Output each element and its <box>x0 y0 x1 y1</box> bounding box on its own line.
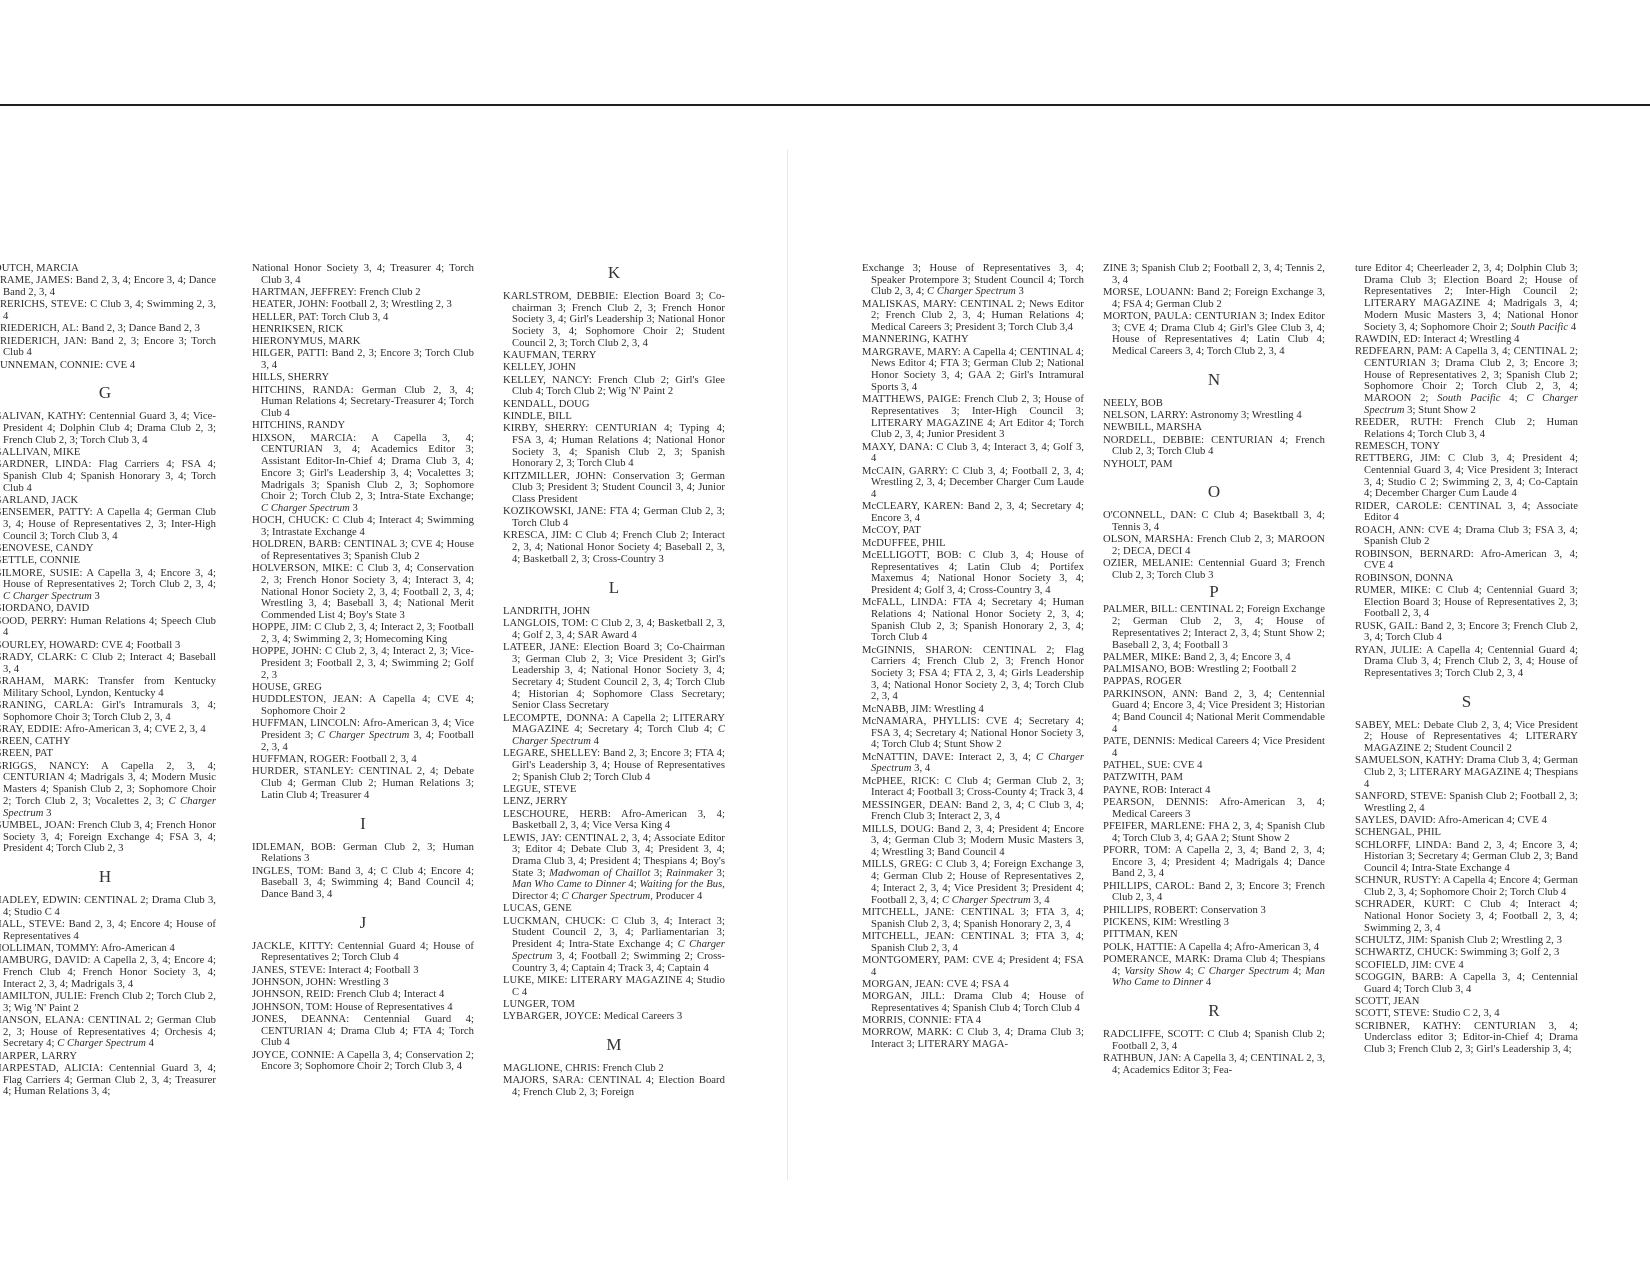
student-name: HILLS, SHERRY <box>252 372 329 383</box>
student-entry: HURDER, STANLEY: CENTINAL 2, 4; Debate C… <box>252 766 474 801</box>
student-entry: SCRIBNER, KATHY: CENTURIAN 3, 4; Undercl… <box>1355 1021 1578 1056</box>
activity-title-italic: C Charger Spectrum <box>261 503 350 514</box>
student-name: HARPER, LARRY <box>0 1051 77 1062</box>
student-name: LANGLOIS, TOM <box>503 618 585 629</box>
student-entry: SCHULTZ, JIM: Spanish Club 2; Wrestling … <box>1355 935 1578 947</box>
student-entry: PFORR, TOM: A Capella 2, 3, 4; Band 2, 3… <box>1103 845 1325 880</box>
student-entry: HARPER, LARRY <box>0 1051 216 1063</box>
student-entry: GRIGGS, NANCY: A Capella 2, 3, 4; CENTUR… <box>0 761 216 820</box>
activity-list: Interact 2, 3, 4; <box>959 752 1036 763</box>
activity-list: 3 <box>350 503 358 514</box>
student-entry: HITCHINS, RANDA: German Club 2, 3, 4; Hu… <box>252 385 474 420</box>
student-entry: MORGAN, JEAN: CVE 4; FSA 4 <box>862 979 1084 991</box>
student-name: HOPPE, JOHN <box>252 646 319 657</box>
student-name: JONES, DEANNA <box>252 1014 346 1025</box>
student-entry: OUTCH, MARCIA <box>0 263 216 275</box>
student-name: JOHNSON, JOHN <box>252 977 333 988</box>
student-entry: NYHOLT, PAM <box>1103 459 1325 471</box>
activity-list: 3; <box>650 868 666 879</box>
student-name: O'CONNELL, DAN <box>1103 510 1193 521</box>
student-name: MANNERING, KATHY <box>862 334 969 345</box>
student-entry: JANES, STEVE: Interact 4; Football 3 <box>252 965 474 977</box>
student-entry: LUCKMAN, CHUCK: C Club 3, 4; Interact 3;… <box>503 916 725 975</box>
student-name: HOUSE, GREG <box>252 682 322 693</box>
student-name: GILMORE, SUSIE <box>0 568 79 579</box>
student-entry: MORSE, LOUANN: Band 2; Foreign Exchange … <box>1103 287 1325 310</box>
page-top-rule <box>0 104 1650 106</box>
activity-list: Astronomy 3; Wrestling 4 <box>1190 410 1302 421</box>
student-name: IDLEMAN, BOB <box>252 842 333 853</box>
student-name: HADLEY, EDWIN <box>0 895 78 906</box>
student-name: JOYCE, CONNIE <box>252 1050 331 1061</box>
student-entry: POLK, HATTIE: A Capella 4; Afro-American… <box>1103 942 1325 954</box>
student-entry: GREEN, PAT <box>0 748 216 760</box>
student-name: SCHRADER, KURT <box>1355 899 1452 910</box>
student-entry: MALISKAS, MARY: CENTINAL 2; News Editor … <box>862 299 1084 334</box>
student-entry: GRANING, CARLA: Girl's Intramurals 3, 4;… <box>0 700 216 723</box>
student-entry: KOZIKOWSKI, JANE: FTA 4; German Club 2, … <box>503 506 725 529</box>
student-entry: LESCHOURE, HERB: Afro-American 3, 4; Bas… <box>503 809 725 832</box>
activity-title-italic: Man Who Came to Dinner <box>512 879 626 890</box>
section-letter-heading: I <box>252 814 474 834</box>
student-name: PEARSON, DENNIS <box>1103 797 1205 808</box>
student-entry: REDFEARN, PAM: A Capella 3, 4; CENTINAL … <box>1355 346 1578 416</box>
student-name: HEATER, JOHN <box>252 299 326 310</box>
activity-list: CVE 4 <box>1173 760 1202 771</box>
student-name: JACKLE, KITTY <box>252 941 330 952</box>
student-name: McPHEE, RICK <box>862 776 936 787</box>
student-name: McCOY, PAT <box>862 525 921 536</box>
activity-list: Spanish Club 2; Wrestling 2, 3 <box>1430 935 1562 946</box>
student-entry: KINDLE, BILL <box>503 411 725 423</box>
student-name: SAMUELSON, KATHY <box>1355 755 1461 766</box>
student-name: HARPESTAD, ALICIA <box>0 1063 100 1074</box>
student-entry: HILLS, SHERRY <box>252 372 474 384</box>
student-name: McGINNIS, SHARON <box>862 645 969 656</box>
student-name: PFEIFER, MARLENE <box>1103 821 1202 832</box>
student-entry: McNABB, JIM: Wrestling 4 <box>862 704 1084 716</box>
activity-list: A Capella 4; Afro-American 3, 4 <box>1179 942 1319 953</box>
activity-list: Football 2, 3, 4 <box>351 754 416 765</box>
student-name: MAJORS, SARA <box>503 1075 581 1086</box>
student-name: McELLIGOTT, BOB <box>862 550 959 561</box>
student-name: GALIVAN, KATHY <box>0 411 83 422</box>
student-entry: GOOD, PERRY: Human Relations 4; Speech C… <box>0 616 216 639</box>
activity-list: Band 2, 3; Dance Band 2, 3 <box>82 323 200 334</box>
student-name: PHILLIPS, ROBERT <box>1103 905 1195 916</box>
student-name: HIXSON, MARCIA <box>252 433 353 444</box>
student-entry: OZIER, MELANIE: Centennial Guard 3; Fren… <box>1103 558 1325 581</box>
student-entry: HUFFMAN, ROGER: Football 2, 3, 4 <box>252 754 474 766</box>
student-name: SAYLES, DAVID <box>1355 815 1433 826</box>
student-name: McNAMARA, PHYLLIS <box>862 716 977 727</box>
student-name: GRADY, CLARK <box>0 652 74 663</box>
student-name: HALL, STEVE <box>0 919 62 930</box>
section-letter-heading: K <box>503 263 725 283</box>
student-name: HUFFMAN, ROGER <box>252 754 346 765</box>
student-name: REEDER, RUTH <box>1355 417 1440 428</box>
activity-list: Medical Careers 3 <box>604 1011 683 1022</box>
student-name: GRIGGS, NANCY <box>0 761 86 772</box>
student-name: FRAME, JAMES <box>0 275 70 286</box>
student-entry: HILGER, PATTI: Band 2, 3; Encore 3; Torc… <box>252 348 474 371</box>
student-name: HOPPE, JIM <box>252 622 309 633</box>
student-name: HOCH, CHUCK <box>252 515 326 526</box>
student-entry: HOLLIMAN, TOMMY: Afro-American 4 <box>0 943 216 955</box>
activity-list: 3 <box>43 808 51 819</box>
activity-list: 3 <box>1016 286 1024 297</box>
student-entry: PEARSON, DENNIS: Afro-American 3, 4; Med… <box>1103 797 1325 820</box>
left-page-edge-clip: OUTCH, MARCIAFRAME, JAMES: Band 2, 3, 4;… <box>0 0 240 1275</box>
activity-list: FTA 4 <box>954 1015 981 1026</box>
student-name: HITCHINS, RANDA <box>252 385 351 396</box>
student-name: JOHNSON, REID <box>252 989 331 1000</box>
student-entry: RUSK, GAIL: Band 2, 3; Encore 3; French … <box>1355 621 1578 644</box>
activity-list: French Club 4; Interact 4 <box>337 989 445 1000</box>
activity-list: ZINE 3; Spanish Club 2; Football 2, 3, 4… <box>1103 263 1325 286</box>
student-entry: McGINNIS, SHARON: CENTINAL 2; Flag Carri… <box>862 645 1084 704</box>
student-name: NORDELL, DEBBIE <box>1103 435 1201 446</box>
student-entry: O'CONNELL, DAN: C Club 4; Basektball 3, … <box>1103 510 1325 533</box>
student-entry: LANDRITH, JOHN <box>503 606 725 618</box>
student-entry: PALMER, MIKE: Band 2, 3, 4; Encore 3, 4 <box>1103 652 1325 664</box>
student-entry: McCAIN, GARRY: C Club 3, 4; Football 2, … <box>862 466 1084 501</box>
activity-title-italic: Varsity Show <box>1124 966 1181 977</box>
student-name: MALISKAS, MARY <box>862 299 953 310</box>
student-name: MITCHELL, JANE <box>862 907 951 918</box>
student-entry: PAPPAS, ROGER <box>1103 676 1325 688</box>
student-entry: FRIEDERICH, JAN: Band 2, 3; Encore 3; To… <box>0 336 216 359</box>
activity-list: 3; Stunt Show 2 <box>1404 405 1475 416</box>
student-name: PATZWITH, PAM <box>1103 772 1183 783</box>
student-entry: KITZMILLER, JOHN: Conservation 3; German… <box>503 471 725 506</box>
student-entry: HAMBURG, DAVID: A Capella 2, 3, 4; Encor… <box>0 955 216 990</box>
activity-title-italic: Waiting for the Bus, <box>640 879 726 890</box>
student-name: GALLIVAN, MIKE <box>0 447 80 458</box>
student-entry: FRERICHS, STEVE: C Club 3, 4; Swimming 2… <box>0 299 216 322</box>
student-entry: INGLES, TOM: Band 3, 4; C Club 4; Encore… <box>252 866 474 901</box>
student-name: KOZIKOWSKI, JANE <box>503 506 603 517</box>
section-letter-heading: N <box>1103 370 1325 390</box>
activity-list: Band 2, 3, 4; Encore 3, 4 <box>1184 652 1291 663</box>
activity-list: Interact 4 <box>1170 785 1211 796</box>
student-entry: MATTHEWS, PAIGE: French Club 2, 3; House… <box>862 394 1084 441</box>
activity-list: Wrestling 3 <box>339 977 389 988</box>
student-name: GRANING, CARLA <box>0 700 90 711</box>
student-name: GRAY, EDDIE <box>0 724 59 735</box>
student-name: SCHLORFF, LINDA <box>1355 840 1449 851</box>
student-entry: SCOGGIN, BARB: A Capella 3, 4; Centennia… <box>1355 972 1578 995</box>
student-name: POLK, HATTIE <box>1103 942 1174 953</box>
student-entry: MILLS, DOUG: Band 2, 3, 4; President 4; … <box>862 824 1084 859</box>
student-entry: HELLER, PAT: Torch Club 3, 4 <box>252 312 474 324</box>
activity-title-italic: C Charger Spectrum <box>1198 966 1289 977</box>
student-entry: FUNNEMAN, CONNIE: CVE 4 <box>0 360 216 372</box>
student-entry: LEGUE, STEVE <box>503 784 725 796</box>
student-entry: GRAHAM, MARK: Transfer from Kentucky Mil… <box>0 676 216 699</box>
student-entry: HADLEY, EDWIN: CENTINAL 2; Drama Club 3,… <box>0 895 216 918</box>
student-entry: RUMER, MIKE: C Club 4; Centennial Guard … <box>1355 585 1578 620</box>
student-name: ROACH, ANN <box>1355 525 1421 536</box>
student-name: OLSON, MARSHA <box>1103 534 1190 545</box>
student-entry: JACKLE, KITTY: Centennial Guard 4; House… <box>252 941 474 964</box>
student-entry: GALIVAN, KATHY: Centennial Guard 3, 4; V… <box>0 411 216 446</box>
activity-list: 4; <box>626 879 640 890</box>
student-entry: MONTGOMERY, PAM: CVE 4; President 4; FSA… <box>862 955 1084 978</box>
student-name: RUSK, GAIL <box>1355 621 1415 632</box>
student-entry: McNATTIN, DAVE: Interact 2, 3, 4; C Char… <box>862 752 1084 775</box>
student-entry: JOHNSON, TOM: House of Representatives 4 <box>252 1002 474 1014</box>
student-name: SCHNUR, RUSTY <box>1355 875 1438 886</box>
student-entry: MAJORS, SARA: CENTINAL 4; Election Board… <box>503 1075 725 1098</box>
column-1: OUTCH, MARCIAFRAME, JAMES: Band 2, 3, 4;… <box>0 263 216 1099</box>
student-entry: McCLEARY, KAREN: Band 2, 3, 4; Secretary… <box>862 501 1084 524</box>
student-name: HUDDLESTON, JEAN <box>252 694 359 705</box>
student-entry: MORROW, MARK: C Club 3, 4; Drama Club 3;… <box>862 1027 1084 1050</box>
column-5: ZINE 3; Spanish Club 2; Football 2, 3, 4… <box>1103 263 1325 1077</box>
student-name: PITTMAN, KEN <box>1103 929 1178 940</box>
student-entry: LATEER, JANE: Election Board 3; Co-Chair… <box>503 642 725 712</box>
column-3: KKARLSTROM, DEBBIE: Election Board 3; Co… <box>503 263 725 1099</box>
student-name: MILLS, DOUG <box>862 824 931 835</box>
student-entry: LENZ, JERRY <box>503 796 725 808</box>
student-name: KARLSTROM, DEBBIE <box>503 291 615 302</box>
student-entry: MILLS, GREG: C Club 3, 4; Foreign Exchan… <box>862 859 1084 906</box>
student-name: NELSON, LARRY <box>1103 410 1185 421</box>
student-entry: MITCHELL, JANE: CENTINAL 3; FTA 3, 4; Sp… <box>862 907 1084 930</box>
activity-list: Studio C 2, 3, 4 <box>1432 1008 1499 1019</box>
student-entry: LYBARGER, JOYCE: Medical Careers 3 <box>503 1011 725 1023</box>
student-entry: GENOVESE, CANDY <box>0 543 216 555</box>
student-entry: SABEY, MEL: Debate Club 2, 3, 4; Vice Pr… <box>1355 720 1578 755</box>
student-entry: PALMER, BILL: CENTINAL 2; Foreign Exchan… <box>1103 604 1325 651</box>
student-name: LECOMPTE, DONNA <box>503 713 605 724</box>
activity-title-italic: C Charger Spectrum <box>942 895 1031 906</box>
activity-list: Afro-American 3, 4; CVE 2, 3, 4 <box>64 724 205 735</box>
student-entry: SANFORD, STEVE: Spanish Club 2; Football… <box>1355 791 1578 814</box>
section-letter-heading: H <box>0 867 216 887</box>
student-name: SANFORD, STEVE <box>1355 791 1443 802</box>
student-name: FRERICHS, STEVE <box>0 299 84 310</box>
activity-list: Afro-American 4; CVE 4 <box>1438 815 1547 826</box>
student-entry: REEDER, RUTH: French Club 2; Human Relat… <box>1355 417 1578 440</box>
activity-list: 4 <box>1568 322 1576 333</box>
student-entry: PATHEL, SUE: CVE 4 <box>1103 760 1325 772</box>
activity-list: Torch Club 3, 4 <box>321 312 388 323</box>
student-name: HAMBURG, DAVID <box>0 955 88 966</box>
student-entry: Exchange 3; House of Representatives 3, … <box>862 263 1084 298</box>
activity-list: Swimming 3; Golf 2, 3 <box>1460 947 1559 958</box>
student-entry: HOPPE, JOHN: C Club 2, 3, 4; Interact 2,… <box>252 646 474 681</box>
student-name: REDFEARN, PAM <box>1355 346 1439 357</box>
student-name: PALMER, MIKE <box>1103 652 1178 663</box>
student-name: SCOGGIN, BARB <box>1355 972 1441 983</box>
student-name: PARKINSON, ANN <box>1103 689 1195 700</box>
activity-list: Director 4; <box>512 891 561 902</box>
student-entry: KAUFMAN, TERRY <box>503 350 725 362</box>
section-letter-heading: O <box>1103 482 1325 502</box>
student-name: McNATTIN, DAVE <box>862 752 951 763</box>
student-name: SCOFIELD, JIM <box>1355 960 1429 971</box>
activity-list: 3; <box>713 868 725 879</box>
student-entry: ROACH, ANN: CVE 4; Drama Club 3; FSA 3, … <box>1355 525 1578 548</box>
student-name: ROBINSON, DONNA <box>1355 573 1453 584</box>
student-name: ROBINSON, BERNARD <box>1355 549 1471 560</box>
student-entry: SCHWARTZ, CHUCK: Swimming 3; Golf 2, 3 <box>1355 947 1578 959</box>
student-name: SCHWARTZ, CHUCK <box>1355 947 1455 958</box>
section-letter-heading: L <box>503 578 725 598</box>
student-name: MORTON, PAULA <box>1103 311 1189 322</box>
activity-title-italic: South Pacific <box>1437 393 1500 404</box>
student-name: GARDNER, LINDA <box>0 459 89 470</box>
student-name: KELLEY, NANCY <box>503 375 589 386</box>
student-entry: SCOTT, STEVE: Studio C 2, 3, 4 <box>1355 1008 1578 1020</box>
student-entry: McNAMARA, PHYLLIS: CVE 4; Secretary 4; F… <box>862 716 1084 751</box>
student-entry: McFALL, LINDA: FTA 4; Secretary 4; Human… <box>862 597 1084 644</box>
student-name: HELLER, PAT <box>252 312 316 323</box>
section-letter-heading: P <box>1103 582 1325 602</box>
student-name: MORSE, LOUANN <box>1103 287 1191 298</box>
student-entry: GRAY, EDDIE: Afro-American 3, 4; CVE 2, … <box>0 724 216 736</box>
student-name: KENDALL, DOUG <box>503 399 590 410</box>
student-entry: HIERONYMUS, MARK <box>252 336 474 348</box>
activity-list: CVE 4 <box>1434 960 1463 971</box>
student-name: SABEY, MEL <box>1355 720 1417 731</box>
student-entry: McELLIGOTT, BOB: C Club 3, 4; House of R… <box>862 550 1084 597</box>
student-entry: PICKENS, KIM: Wrestling 3 <box>1103 917 1325 929</box>
student-entry: McDUFFEE, PHIL <box>862 538 1084 550</box>
student-entry: RATHBUN, JAN: A Capella 3, 4; CENTINAL 2… <box>1103 1053 1325 1076</box>
student-name: SCOTT, STEVE <box>1355 1008 1427 1019</box>
student-name: HOLLIMAN, TOMMY <box>0 943 96 954</box>
student-name: SCHENGAL, PHIL <box>1355 827 1441 838</box>
student-name: LATEER, JANE <box>503 642 576 653</box>
activity-list: 4; <box>1181 966 1197 977</box>
activity-list: French Club 2 <box>359 287 420 298</box>
student-name: GIORDANO, DAVID <box>0 603 89 614</box>
student-name: PHILLIPS, CAROL <box>1103 881 1191 892</box>
activity-title-italic: Rainmaker <box>666 868 713 879</box>
activity-list: 4; <box>1289 966 1305 977</box>
student-entry: MAXY, DANA: C Club 3, 4; Interact 3, 4; … <box>862 442 1084 465</box>
student-name: NYHOLT, PAM <box>1103 459 1173 470</box>
student-entry: PITTMAN, KEN <box>1103 929 1325 941</box>
student-entry: NEELY, BOB <box>1103 398 1325 410</box>
student-entry: REMESCH, TONY <box>1355 441 1578 453</box>
student-name: LEWIS, JAY <box>503 833 559 844</box>
student-entry: JOHNSON, JOHN: Wrestling 3 <box>252 977 474 989</box>
student-entry: HAMILTON, JULIE: French Club 2; Torch Cl… <box>0 991 216 1014</box>
student-name: LUNGER, TOM <box>503 999 575 1010</box>
student-entry: PALMISANO, BOB: Wrestling 2; Football 2 <box>1103 664 1325 676</box>
student-entry: McPHEE, RICK: C Club 4; German Club 2, 3… <box>862 776 1084 799</box>
student-name: HIERONYMUS, MARK <box>252 336 361 347</box>
activity-title-italic: Madwoman of Chaillot <box>549 868 650 879</box>
student-name: REMESCH, TONY <box>1355 441 1440 452</box>
student-entry: KRESCA, JIM: C Club 4; French Club 2; In… <box>503 530 725 565</box>
activity-list: National Honor Society 3, 4; Treasurer 4… <box>252 263 474 286</box>
student-entry: HOUSE, GREG <box>252 682 474 694</box>
student-entry: SCOFIELD, JIM: CVE 4 <box>1355 960 1578 972</box>
student-entry: HOLDREN, BARB: CENTINAL 3; CVE 4; House … <box>252 539 474 562</box>
student-entry: GRADY, CLARK: C Club 2; Interact 4; Base… <box>0 652 216 675</box>
student-entry: IDLEMAN, BOB: German Club 2, 3; Human Re… <box>252 842 474 865</box>
student-name: FRIEDERICH, AL <box>0 323 76 334</box>
student-entry: HEATER, JOHN: Football 2, 3; Wrestling 2… <box>252 299 474 311</box>
student-name: LESCHOURE, HERB <box>503 809 608 820</box>
student-entry: KELLEY, JOHN <box>503 362 725 374</box>
student-name: RAWDIN, ED <box>1355 334 1418 345</box>
student-entry: FRIEDERICH, AL: Band 2, 3; Dance Band 2,… <box>0 323 216 335</box>
student-entry: ROBINSON, BERNARD: Afro-American 3, 4; C… <box>1355 549 1578 572</box>
student-name: INGLES, TOM <box>252 866 321 877</box>
student-name: MARGRAVE, MARY <box>862 347 958 358</box>
student-name: HANSON, ELANA <box>0 1015 81 1026</box>
student-name: RETTBERG, JIM <box>1355 453 1438 464</box>
student-name: LANDRITH, JOHN <box>503 606 590 617</box>
column-6: ture Editor 4; Cheerleader 2, 3, 4; Dolp… <box>1355 263 1578 1056</box>
student-entry: GOURLEY, HOWARD: CVE 4; Football 3 <box>0 640 216 652</box>
student-name: HILGER, PATTI <box>252 348 325 359</box>
activity-list: House of Representatives 4 <box>335 1002 453 1013</box>
student-entry: PATE, DENNIS: Medical Careers 4; Vice Pr… <box>1103 736 1325 759</box>
student-name: PAPPAS, ROGER <box>1103 676 1182 687</box>
section-letter-heading: R <box>1103 1001 1325 1021</box>
student-entry: JONES, DEANNA: Centennial Guard 4; CENTU… <box>252 1014 474 1049</box>
activity-list: Conservation 3 <box>1201 905 1266 916</box>
student-name: MORROW, MARK <box>862 1027 949 1038</box>
student-entry: JOHNSON, REID: French Club 4; Interact 4 <box>252 989 474 1001</box>
student-name: HOLVERSON, MIKE <box>252 563 350 574</box>
student-name: MILLS, GREG <box>862 859 929 870</box>
student-entry: MESSINGER, DEAN: Band 2, 3, 4; C Club 3,… <box>862 800 1084 823</box>
student-entry: GILMORE, SUSIE: A Capella 3, 4; Encore 3… <box>0 568 216 603</box>
student-entry: HARTMAN, JEFFREY: French Club 2 <box>252 287 474 299</box>
student-entry: GIORDANO, DAVID <box>0 603 216 615</box>
activity-title-italic: C Charger Spectrum, <box>561 891 652 902</box>
student-name: HITCHINS, RANDY <box>252 420 345 431</box>
student-entry: PHILLIPS, ROBERT: Conservation 3 <box>1103 905 1325 917</box>
student-entry: GETTLE, CONNIE <box>0 555 216 567</box>
student-entry: HOLVERSON, MIKE: C Club 3, 4; Conservati… <box>252 563 474 622</box>
activity-title-italic: C Charger Spectrum <box>318 730 410 741</box>
activity-list: CVE 4 <box>106 360 135 371</box>
activity-list: Football 2, 3; Wrestling 2, 3 <box>331 299 452 310</box>
activity-title-italic: C Charger Spectrum <box>57 1038 146 1049</box>
student-entry: SAYLES, DAVID: Afro-American 4; CVE 4 <box>1355 815 1578 827</box>
student-entry: KARLSTROM, DEBBIE: Election Board 3; Co-… <box>503 291 725 350</box>
student-entry: PHILLIPS, CAROL: Band 2, 3; Encore 3; Fr… <box>1103 881 1325 904</box>
student-name: PATHEL, SUE <box>1103 760 1167 771</box>
student-entry: PAYNE, ROB: Interact 4 <box>1103 785 1325 797</box>
student-name: GETTLE, CONNIE <box>0 555 80 566</box>
student-name: MORGAN, JILL <box>862 991 942 1002</box>
student-entry: POMERANCE, MARK: Drama Club 4; Thespians… <box>1103 954 1325 989</box>
student-name: McNABB, JIM <box>862 704 928 715</box>
student-name: LYBARGER, JOYCE <box>503 1011 598 1022</box>
student-entry: FRAME, JAMES: Band 2, 3, 4; Encore 3, 4;… <box>0 275 216 298</box>
student-entry: MAGLIONE, CHRIS: French Club 2 <box>503 1063 725 1075</box>
student-entry: GREEN, CATHY <box>0 736 216 748</box>
student-name: SCRIBNER, KATHY <box>1355 1021 1458 1032</box>
student-entry: LECOMPTE, DONNA: A Capella 2; LITERARY M… <box>503 713 725 748</box>
student-name: GOOD, PERRY <box>0 616 64 627</box>
student-entry: HALL, STEVE: Band 2, 3, 4; Encore 4; Hou… <box>0 919 216 942</box>
activity-list: Wrestling 3 <box>1179 917 1229 928</box>
student-entry: NELSON, LARRY: Astronomy 3; Wrestling 4 <box>1103 410 1325 422</box>
student-name: SCHULTZ, JIM <box>1355 935 1425 946</box>
student-name: OZIER, MELANIE <box>1103 558 1190 569</box>
